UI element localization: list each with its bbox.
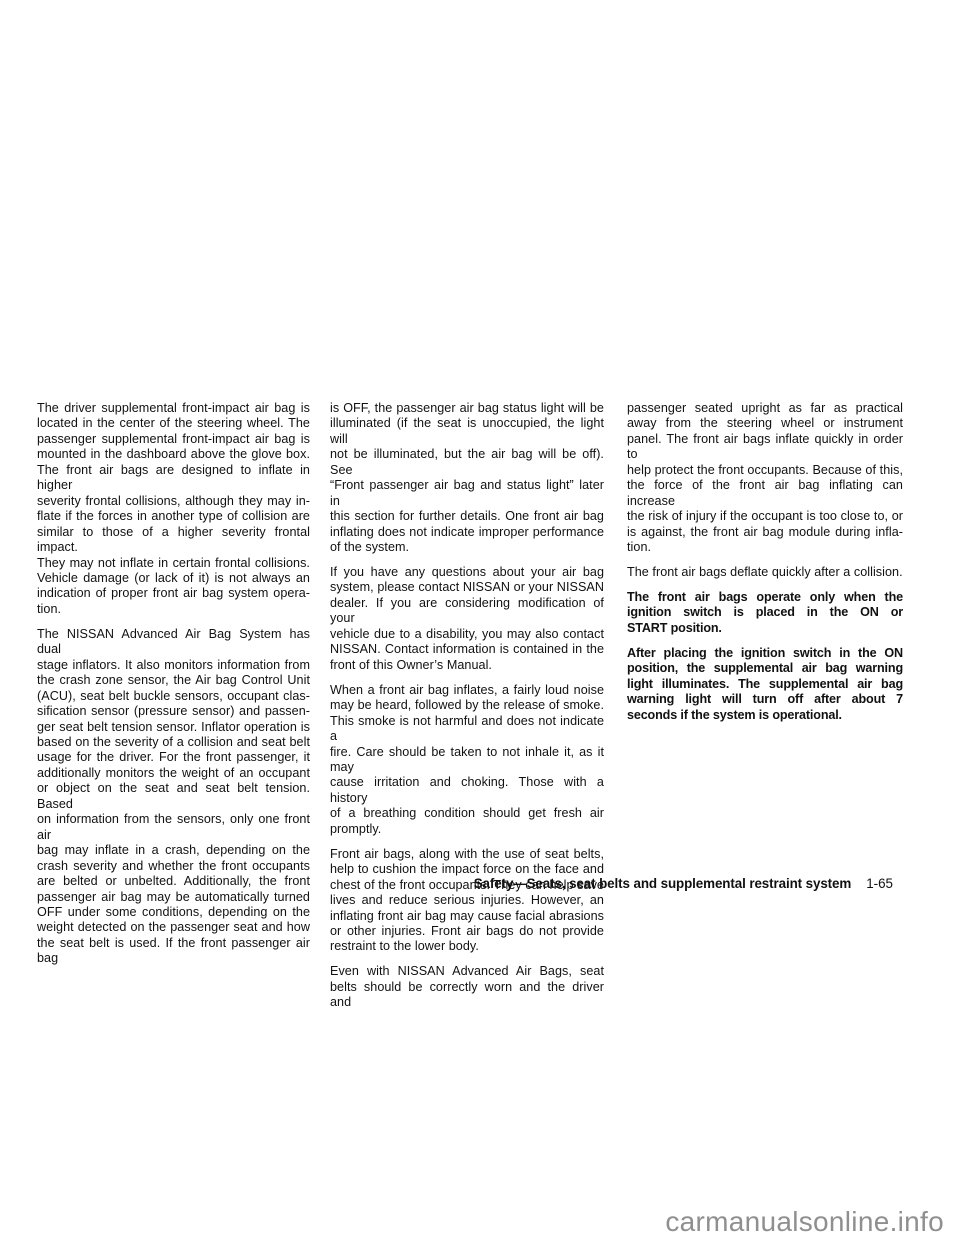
text-line: weight detected on the passenger seat an… [37, 920, 310, 935]
text-line: Front air bags, along with the use of se… [330, 847, 604, 862]
paragraph: The front air bags deflate quickly after… [627, 565, 903, 580]
paragraph: passenger seated upright as far as pract… [627, 401, 903, 556]
paragraph: When a front air bag inflates, a fairly … [330, 683, 604, 838]
text-line: help protect the front occupants. Becaus… [627, 463, 903, 478]
text-line: The front air bags operate only when the [627, 590, 903, 605]
text-line: the risk of injury if the occupant is to… [627, 509, 903, 524]
paragraph: Even with NISSAN Advanced Air Bags, seat… [330, 964, 604, 1010]
text-line: severity frontal collisions, although th… [37, 494, 310, 509]
text-line: NISSAN. Contact information is contained… [330, 642, 604, 657]
text-line: START position. [627, 621, 903, 636]
text-line: fire. Care should be taken to not inhale… [330, 745, 604, 776]
paragraph: The NISSAN Advanced Air Bag System has d… [37, 627, 310, 967]
text-line: vehicle due to a disability, you may als… [330, 627, 604, 642]
text-line: The front air bags deflate quickly after… [627, 565, 903, 580]
text-line: of a breathing condition should get fres… [330, 806, 604, 821]
text-line: After placing the ignition switch in the… [627, 646, 903, 661]
text-line: light illuminates. The supplemental air … [627, 677, 903, 692]
text-line: not be illuminated, but the air bag will… [330, 447, 604, 478]
text-line: If you have any questions about your air… [330, 565, 604, 580]
text-line: The NISSAN Advanced Air Bag System has d… [37, 627, 310, 658]
text-line: OFF under some conditions, depending on … [37, 905, 310, 920]
text-column-3: passenger seated upright as far as pract… [627, 401, 903, 1020]
text-line: (ACU), seat belt buckle sensors, occupan… [37, 689, 310, 704]
text-line: front of this Owner’s Manual. [330, 658, 604, 673]
text-line: or other injuries. Front air bags do not… [330, 924, 604, 939]
text-line: restraint to the lower body. [330, 939, 604, 954]
text-line: the crash zone sensor, the Air bag Contr… [37, 673, 310, 688]
text-line: tion. [37, 602, 310, 617]
text-line: Vehicle damage (or lack of it) is not al… [37, 571, 310, 586]
text-line: belts should be correctly worn and the d… [330, 980, 604, 1011]
text-line: ger seat belt tension sensor. Inflator o… [37, 720, 310, 735]
paragraph: The driver supplemental front-impact air… [37, 401, 310, 617]
text-line: away from the steering wheel or instrume… [627, 416, 903, 431]
text-line: crash severity and whether the front occ… [37, 859, 310, 874]
text-line: mounted in the dashboard above the glove… [37, 447, 310, 462]
watermark-text: carmanualsonline.info [665, 1205, 944, 1238]
text-column-1: The driver supplemental front-impact air… [37, 401, 310, 1020]
text-columns: The driver supplemental front-impact air… [37, 401, 903, 1020]
text-line: the force of the front air bag inflating… [627, 478, 903, 509]
text-line: or object on the seat and seat belt tens… [37, 781, 310, 812]
text-line: “Front passenger air bag and status ligh… [330, 478, 604, 509]
paragraph: After placing the ignition switch in the… [627, 646, 903, 723]
text-line: promptly. [330, 822, 604, 837]
text-line: based on the severity of a collision and… [37, 735, 310, 750]
text-line: on information from the sensors, only on… [37, 812, 310, 843]
text-line: This smoke is not harmful and does not i… [330, 714, 604, 745]
text-line: lives and reduce serious injuries. Howev… [330, 893, 604, 908]
paragraph: Front air bags, along with the use of se… [330, 847, 604, 955]
text-line: usage for the driver. For the front pass… [37, 750, 310, 765]
text-line: The driver supplemental front-impact air… [37, 401, 310, 416]
text-line: system, please contact NISSAN or your NI… [330, 580, 604, 595]
text-line: When a front air bag inflates, a fairly … [330, 683, 604, 698]
text-line: panel. The front air bags inflate quickl… [627, 432, 903, 463]
text-line: passenger supplemental front-impact air … [37, 432, 310, 447]
footer-section-title: Safety—Seats, seat belts and supplementa… [474, 876, 851, 891]
paragraph: is OFF, the passenger air bag status lig… [330, 401, 604, 556]
text-line: inflating front air bag may cause facial… [330, 909, 604, 924]
manual-page: The driver supplemental front-impact air… [0, 0, 960, 1242]
text-line: Even with NISSAN Advanced Air Bags, seat [330, 964, 604, 979]
text-line: They may not inflate in certain frontal … [37, 556, 310, 571]
text-line: passenger seated upright as far as pract… [627, 401, 903, 416]
text-line: stage inflators. It also monitors inform… [37, 658, 310, 673]
text-line: similar to those of a higher severity fr… [37, 525, 310, 556]
text-line: are belted or unbelted. Additionally, th… [37, 874, 310, 889]
text-line: flate if the forces in another type of c… [37, 509, 310, 524]
text-line: located in the center of the steering wh… [37, 416, 310, 431]
paragraph: If you have any questions about your air… [330, 565, 604, 673]
text-line: warning light will turn off after about … [627, 692, 903, 707]
text-line: the seat belt is used. If the front pass… [37, 936, 310, 967]
text-line: of the system. [330, 540, 604, 555]
text-line: The front air bags are designed to infla… [37, 463, 310, 494]
text-line: dealer. If you are considering modificat… [330, 596, 604, 627]
text-line: bag may inflate in a crash, depending on… [37, 843, 310, 858]
text-line: may be heard, followed by the release of… [330, 698, 604, 713]
paragraph: The front air bags operate only when the… [627, 590, 903, 636]
text-line: ignition switch is placed in the ON or [627, 605, 903, 620]
text-line: this section for further details. One fr… [330, 509, 604, 524]
text-line: position, the supplemental air bag warni… [627, 661, 903, 676]
text-line: inflating does not indicate improper per… [330, 525, 604, 540]
text-line: additionally monitors the weight of an o… [37, 766, 310, 781]
text-column-2: is OFF, the passenger air bag status lig… [330, 401, 604, 1020]
text-line: sification sensor (pressure sensor) and … [37, 704, 310, 719]
text-line: cause irritation and choking. Those with… [330, 775, 604, 806]
page-footer: Safety—Seats, seat belts and supplementa… [474, 876, 893, 891]
text-line: is against, the front air bag module dur… [627, 525, 903, 540]
text-line: is OFF, the passenger air bag status lig… [330, 401, 604, 416]
text-line: tion. [627, 540, 903, 555]
footer-page-number: 1-65 [866, 876, 893, 891]
text-line: illuminated (if the seat is unoccupied, … [330, 416, 604, 447]
text-line: seconds if the system is operational. [627, 708, 903, 723]
text-line: indication of proper front air bag syste… [37, 586, 310, 601]
text-line: passenger air bag may be automatically t… [37, 890, 310, 905]
